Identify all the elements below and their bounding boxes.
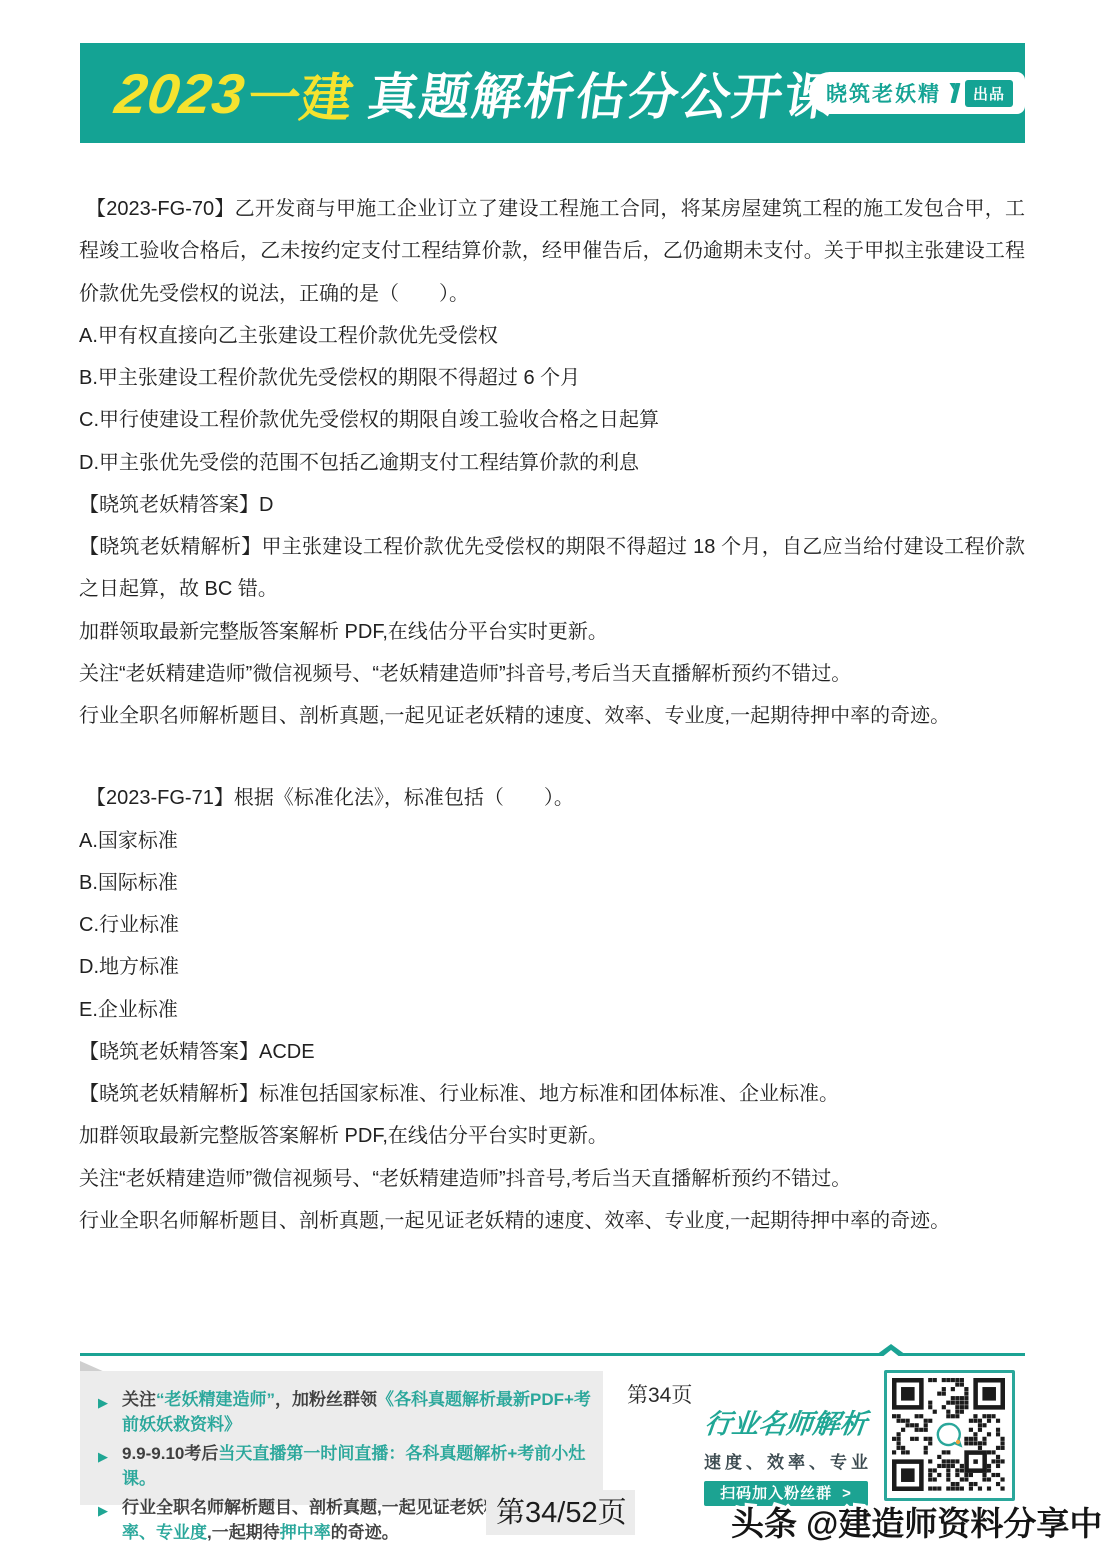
option-line: E.企业标准 <box>79 989 1025 1031</box>
footer-info-box: ▶ 关注“老妖精建造师”，加粉丝群领《各科真题解析最新PDF+考前妖妖救资料》 … <box>80 1371 603 1505</box>
footer-promo-subtitle: 速度、效率、专业 <box>704 1448 868 1473</box>
page-label: 第34/52页 <box>486 1490 635 1535</box>
question-stem: 【2023-FG-70】乙开发商与甲施工企业订立了建设工程施工合同，将某房屋建筑… <box>79 188 1025 315</box>
footer-bullet: ▶ 9.9-9.10考后当天直播第一时间直播：各科真题解析+考前小灶课。 <box>98 1441 591 1491</box>
title-rest: 真题解析估分公开课 <box>364 57 842 129</box>
question-block-70: 【2023-FG-70】乙开发商与甲施工企业订立了建设工程施工合同，将某房屋建筑… <box>79 188 1025 737</box>
option-line: D.地方标准 <box>79 946 1025 988</box>
page-title: 2023 一建 真题解析估分公开课 <box>116 56 837 131</box>
footer-promo-title: 行业名师解析 <box>702 1402 870 1441</box>
qr-code <box>884 1370 1015 1501</box>
title-yijian: 一建 <box>243 56 358 131</box>
promo-line: 关注“老妖精建造师”微信视频号、“老妖精建造师”抖音号,考后当天直播解析预约不错… <box>79 653 1025 695</box>
option-line: B.甲主张建设工程价款优先受偿权的期限不得超过 6 个月 <box>79 357 1025 399</box>
question-block-71: 【2023-FG-71】根据《标准化法》，标准包括（ ）。 A.国家标准 B.国… <box>79 777 1025 1242</box>
question-area: 【2023-FG-70】乙开发商与甲施工企业订立了建设工程施工合同，将某房屋建筑… <box>79 188 1025 1242</box>
option-line: A.国家标准 <box>79 820 1025 862</box>
promo-line: 行业全职名师解析题目、剖析真题,一起见证老妖精的速度、效率、专业度,一起期待押中… <box>79 695 1025 737</box>
option-line: D.甲主张优先受偿的范围不包括乙逾期支付工程结算价款的利息 <box>79 442 1025 484</box>
analysis-line: 【晓筑老妖精解析】甲主张建设工程价款优先受偿权的期限不得超过 18 个月，自乙应… <box>79 526 1025 611</box>
footer-bullet-text: 9.9-9.10考后当天直播第一时间直播：各科真题解析+考前小灶课。 <box>122 1441 591 1491</box>
footer-promo-block: 行业名师解析 速度、效率、专业 扫码加入粉丝群> <box>704 1402 868 1506</box>
title-year: 2023 <box>111 61 249 126</box>
document-page: 2023 一建 真题解析估分公开课 晓筑老妖精 出品 【2023-FG-70】乙… <box>0 0 1102 1559</box>
option-line: C.行业标准 <box>79 904 1025 946</box>
triangle-bullet-icon: ▶ <box>98 1441 122 1491</box>
triangle-bullet-icon: ▶ <box>98 1387 122 1437</box>
option-line: B.国际标准 <box>79 862 1025 904</box>
question-stem: 【2023-FG-71】根据《标准化法》，标准包括（ ）。 <box>79 777 1025 819</box>
option-line: A.甲有权直接向乙主张建设工程价款优先受偿权 <box>79 315 1025 357</box>
page-note: 第34页 <box>627 1379 692 1409</box>
header-banner: 2023 一建 真题解析估分公开课 晓筑老妖精 出品 <box>80 43 1025 143</box>
answer-line: 【晓筑老妖精答案】ACDE <box>79 1031 1025 1073</box>
option-line: C.甲行使建设工程价款优先受偿权的期限自竣工验收合格之日起算 <box>79 399 1025 441</box>
answer-line: 【晓筑老妖精答案】D <box>79 484 1025 526</box>
promo-line: 关注“老妖精建造师”微信视频号、“老妖精建造师”抖音号,考后当天直播解析预约不错… <box>79 1158 1025 1200</box>
brand-pill: 晓筑老妖精 出品 <box>809 72 1025 114</box>
footer-bullet: ▶ 关注“老妖精建造师”，加粉丝群领《各科真题解析最新PDF+考前妖妖救资料》 <box>98 1387 591 1437</box>
brand-name: 晓筑老妖精 <box>826 78 941 108</box>
divider-chevron-inner <box>881 1350 901 1358</box>
brand-badge: 出品 <box>965 80 1013 107</box>
analysis-line: 【晓筑老妖精解析】标准包括国家标准、行业标准、地方标准和团体标准、企业标准。 <box>79 1073 1025 1115</box>
promo-line: 行业全职名师解析题目、剖析真题,一起见证老妖精的速度、效率、专业度,一起期待押中… <box>79 1200 1025 1242</box>
flag-icon <box>950 83 960 103</box>
triangle-bullet-icon: ▶ <box>98 1495 122 1545</box>
promo-line: 加群领取最新完整版答案解析 PDF,在线估分平台实时更新。 <box>79 1115 1025 1157</box>
promo-line: 加群领取最新完整版答案解析 PDF,在线估分平台实时更新。 <box>79 611 1025 653</box>
footer-bullet-text: 关注“老妖精建造师”，加粉丝群领《各科真题解析最新PDF+考前妖妖救资料》 <box>122 1387 591 1437</box>
